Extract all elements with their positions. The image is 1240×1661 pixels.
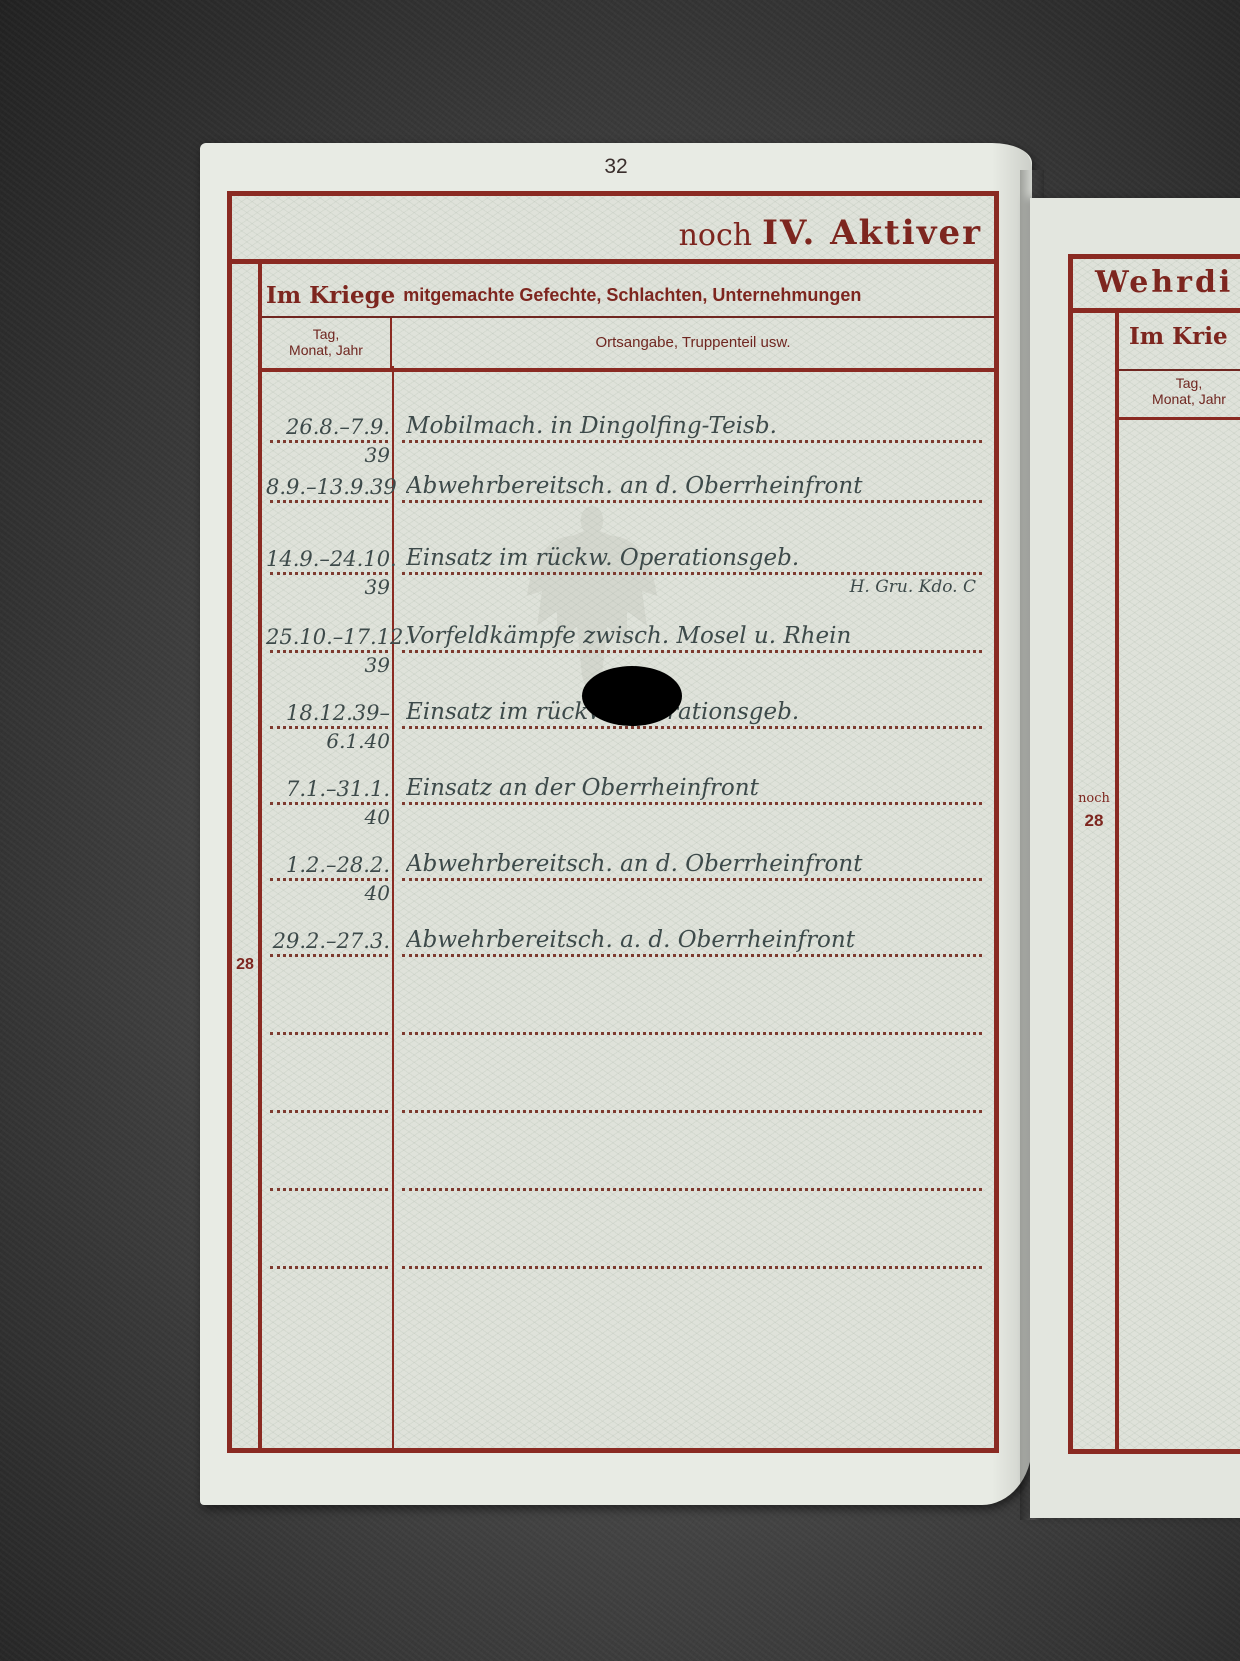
right-date-header-line2: Monat, Jahr <box>1129 391 1240 407</box>
entry-date: 1.2.–28.2. <box>266 853 390 877</box>
form-frame: noch IV. Aktiver 28 Im Kriege mitgemacht… <box>227 191 999 1453</box>
right-column-header-date: Tag, Monat, Jahr <box>1129 375 1240 407</box>
table-row <box>262 1113 990 1191</box>
table-row: 7.1.–31.1. 40 Einsatz an der Oberrheinfr… <box>262 729 990 805</box>
left-page: 32 noch IV. Aktiver 28 Im Kriege mitgema… <box>200 143 1032 1505</box>
title-main: IV. Aktiver <box>762 213 982 253</box>
entry-date: 14.9.–24.10. <box>266 547 390 571</box>
table-row: 25.10.–17.12. 39 Vorfeldkämpfe zwisch. M… <box>262 575 990 653</box>
entry-date: 8.9.–13.9.39 <box>266 475 390 499</box>
entry-place: Mobilmach. in Dingolfing-Teisb. <box>406 413 984 439</box>
entry-place: Einsatz im rückw. Operationsgeb. <box>406 699 984 725</box>
right-column-header: Tag, Monat, Jahr <box>1119 369 1240 420</box>
table-row: 1.2.–28.2. 40 Abwehrbereitsch. an d. Obe… <box>262 805 990 881</box>
entry-place: Abwehrbereitsch. a. d. Oberrheinfront <box>406 927 984 953</box>
margin-column: 28 <box>232 264 262 1448</box>
right-margin-number: 28 <box>1073 811 1115 831</box>
right-section-heading: Im Krie <box>1129 323 1228 350</box>
section-heading-bold: Im Kriege <box>266 282 395 309</box>
table-row: 14.9.–24.10. 39 Einsatz im rückw. Operat… <box>262 503 990 575</box>
dotted-rule <box>270 1266 388 1269</box>
table-row <box>262 1035 990 1113</box>
right-form-frame: Wehrdi noch 28 Im Krie Tag, Monat, Jahr <box>1068 254 1240 1454</box>
right-margin-prefix: noch <box>1073 791 1115 806</box>
date-header-line2: Monat, Jahr <box>262 342 390 358</box>
entries-table: 26.8.–7.9. 39 Mobilmach. in Dingolfing-T… <box>262 366 990 1448</box>
table-row: 29.2.–27.3. Abwehrbereitsch. a. d. Oberr… <box>262 881 990 957</box>
section-heading-rest: mitgemachte Gefechte, Schlachten, Untern… <box>403 285 861 306</box>
redaction-dot <box>582 666 682 726</box>
entry-place: Einsatz an der Oberrheinfront <box>406 775 984 801</box>
column-header-place: Ortsangabe, Truppenteil usw. <box>392 318 994 368</box>
title-prefix: noch <box>679 218 753 253</box>
table-row <box>262 957 990 1035</box>
section-heading: Im Kriege mitgemachte Gefechte, Schlacht… <box>266 274 988 316</box>
column-header-date: Tag, Monat, Jahr <box>262 318 392 368</box>
dotted-rule <box>402 1266 982 1269</box>
entry-date: 18.12.39– <box>266 701 390 725</box>
right-margin-column: noch 28 <box>1073 313 1119 1449</box>
right-date-header-line1: Tag, <box>1129 375 1240 391</box>
right-title: Wehrdi <box>1095 265 1233 300</box>
entry-place: Einsatz im rückw. Operationsgeb. <box>406 545 984 571</box>
margin-number: 28 <box>232 956 258 974</box>
table-row <box>262 1191 990 1269</box>
date-header-line1: Tag, <box>262 326 390 342</box>
entry-date: 7.1.–31.1. <box>266 777 390 801</box>
page-title: noch IV. Aktiver <box>232 196 994 264</box>
right-page-title: Wehrdi <box>1073 259 1240 313</box>
table-row: 8.9.–13.9.39 Abwehrbereitsch. an d. Ober… <box>262 443 990 503</box>
column-header: Tag, Monat, Jahr Ortsangabe, Truppenteil… <box>262 316 994 372</box>
entry-place: Abwehrbereitsch. an d. Oberrheinfront <box>406 473 984 499</box>
right-page: Wehrdi noch 28 Im Krie Tag, Monat, Jahr <box>1030 198 1240 1518</box>
entry-date: 29.2.–27.3. <box>266 929 390 953</box>
table-row: 26.8.–7.9. 39 Mobilmach. in Dingolfing-T… <box>262 366 990 443</box>
entry-date: 26.8.–7.9. <box>266 415 390 439</box>
entry-place: Vorfeldkämpfe zwisch. Mosel u. Rhein <box>406 623 984 649</box>
page-number: 32 <box>200 155 1032 179</box>
entry-place: Abwehrbereitsch. an d. Oberrheinfront <box>406 851 984 877</box>
entry-date: 25.10.–17.12. <box>266 625 390 649</box>
